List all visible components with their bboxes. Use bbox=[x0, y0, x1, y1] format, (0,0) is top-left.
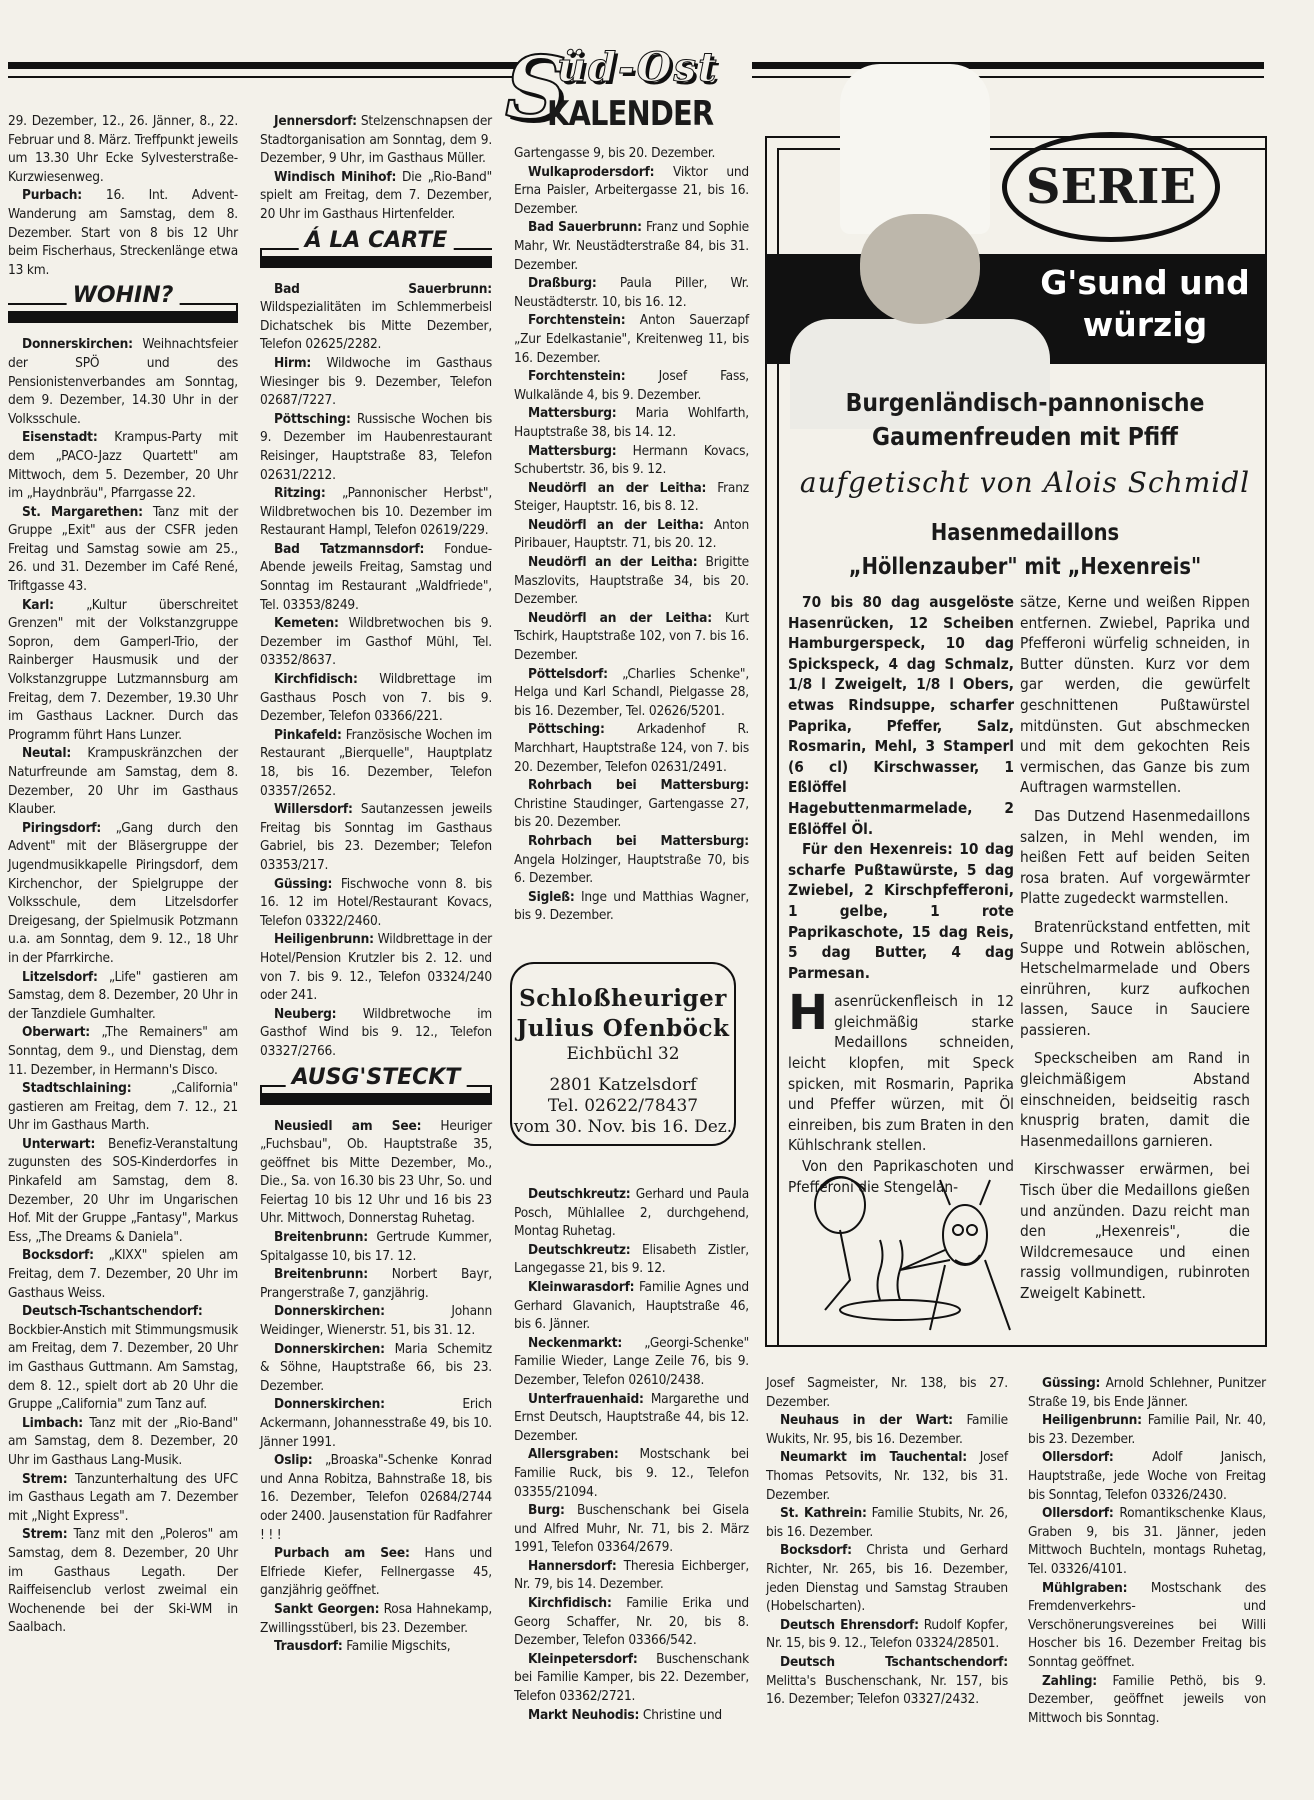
serie-stamp: SERIE bbox=[1002, 132, 1220, 242]
listing-place: Deutsch Ehrensdorf: bbox=[780, 1617, 919, 1633]
listing-place: Sigleß: bbox=[528, 889, 575, 905]
listing-place: Rohrbach bei Mattersburg: bbox=[528, 777, 749, 793]
listing-entry: Piringsdorf: „Gang durch den Advent" mit… bbox=[8, 819, 238, 968]
listing-entry: Kirchfidisch: Familie Erika und Georg Sc… bbox=[514, 1594, 749, 1650]
section-title-ausgsteckt: AUSG'STECKT bbox=[286, 1069, 467, 1088]
listing-entry: Bocksdorf: „KIXX" spielen am Freitag, de… bbox=[8, 1246, 238, 1302]
listing-place: Piringsdorf: bbox=[22, 820, 101, 836]
listing-place: Deutsch-Tschantschendorf: bbox=[22, 1303, 203, 1319]
listing-place: Pöttelsdorf: bbox=[528, 666, 608, 682]
serie-title: Burgenländisch-pannonische Gaumenfreuden… bbox=[818, 386, 1232, 454]
listing-entry: Rohrbach bei Mattersburg: Angela Holzing… bbox=[514, 832, 749, 888]
listing-entry: Neudörfl an der Leitha: Anton Piribauer,… bbox=[514, 516, 749, 553]
listing-entry: Sankt Georgen: Rosa Hahnekamp, Zwillings… bbox=[260, 1600, 492, 1637]
listing-text: Familie Migschits, bbox=[346, 1638, 450, 1654]
listing-place: Güssing: bbox=[274, 876, 332, 892]
listing-entry: Limbach: Tanz mit der „Rio-Band" am Sams… bbox=[8, 1414, 238, 1470]
listing-entry: Litzelsdorf: „Life" gastieren am Samstag… bbox=[8, 968, 238, 1024]
column-2: Jennersdorf: Stelzenschnapsen der Stadto… bbox=[260, 112, 492, 1656]
listing-entry: Donnerskirchen: Maria Schemitz & Söhne, … bbox=[260, 1340, 492, 1396]
listing-place: Neuberg: bbox=[274, 1006, 336, 1022]
listing-place: Donnerskirchen: bbox=[274, 1303, 385, 1319]
listing-place: Donnerskirchen: bbox=[22, 336, 133, 352]
listing-entry: Strem: Tanz mit den „Poleros" am Samstag… bbox=[8, 1525, 238, 1637]
recipe-step-4: Bratenrückstand entfetten, mit Suppe und… bbox=[1020, 917, 1250, 1041]
listing-place: Allersgraben: bbox=[528, 1446, 619, 1462]
listing-place: Pöttsching: bbox=[528, 721, 605, 737]
listing-place: Hirm: bbox=[274, 355, 311, 371]
listing-entry: St. Kathrein: Familie Stubits, Nr. 26, b… bbox=[766, 1504, 1008, 1541]
listing-entry: Donnerskirchen: Johann Weidinger, Wiener… bbox=[260, 1302, 492, 1339]
listing-place: Neuhaus in der Wart: bbox=[780, 1412, 953, 1428]
ad-city: 2801 Katzelsdorf bbox=[512, 1075, 734, 1096]
listing-entry: Oberwart: „The Remainers" am Sonntag, de… bbox=[8, 1023, 238, 1079]
listing-entry: Mühlgraben: Mostschank des Fremdenverkeh… bbox=[1028, 1579, 1266, 1672]
listing-place: Wulkaprodersdorf: bbox=[528, 164, 654, 180]
listing-entry: Unterfrauenhaid: Margarethe und Ernst De… bbox=[514, 1390, 749, 1446]
listing-place: Trausdorf: bbox=[274, 1638, 343, 1654]
listing-entry: Burg: Buschenschank bei Gisela und Alfre… bbox=[514, 1501, 749, 1557]
column-5: Güssing: Arnold Schlehner, Punitzer Stra… bbox=[1028, 1374, 1266, 1727]
listing-place: Purbach am See: bbox=[274, 1545, 410, 1561]
listing-entry: Heiligenbrunn: Wildbrettage in der Hotel… bbox=[260, 930, 492, 1004]
listing-place: Stadtschlaining: bbox=[22, 1080, 131, 1096]
listing-entry: Kemeten: Wildbretwochen bis 9. Dezember … bbox=[260, 614, 492, 670]
listing-place: Burg: bbox=[528, 1502, 565, 1518]
listing-entry: Rohrbach bei Mattersburg: Christine Stau… bbox=[514, 776, 749, 832]
listing-place: St. Kathrein: bbox=[780, 1505, 867, 1521]
listing-entry: Eisenstadt: Krampus-Party mit dem „PACO-… bbox=[8, 428, 238, 502]
serie-title-line2: Gaumenfreuden mit Pfiff bbox=[818, 420, 1232, 454]
column-3-lower: Deutschkreutz: Gerhard und Paula Posch, … bbox=[514, 1185, 749, 1724]
listing-entry: Güssing: Arnold Schlehner, Punitzer Stra… bbox=[1028, 1374, 1266, 1411]
listing-place: Windisch Minihof: bbox=[274, 169, 396, 185]
serie-title-line1: Burgenländisch-pannonische bbox=[818, 386, 1232, 420]
listing-place: Mühlgraben: bbox=[1042, 1580, 1127, 1596]
listing-entry: Forchtenstein: Anton Sauerzapf „Zur Edel… bbox=[514, 311, 749, 367]
column-4: Josef Sagmeister, Nr. 138, bis 27. Dezem… bbox=[766, 1374, 1008, 1709]
listing-place: Deutschkreutz: bbox=[528, 1242, 630, 1258]
listing-text: Josef Sagmeister, Nr. 138, bis 27. Dezem… bbox=[766, 1375, 1008, 1410]
listing-place: Forchtenstein: bbox=[528, 368, 625, 384]
listing-entry: Jennersdorf: Stelzenschnapsen der Stadto… bbox=[260, 112, 492, 168]
listing-place: Oslip: bbox=[274, 1452, 313, 1468]
a-la-carte-list: Bad Sauerbrunn: Wildspezialitäten im Sch… bbox=[260, 280, 492, 1061]
listing-place: Rohrbach bei Mattersburg: bbox=[528, 833, 749, 849]
listing-place: Limbach: bbox=[22, 1415, 83, 1431]
listing-entry: Bad Sauerbrunn: Wildspezialitäten im Sch… bbox=[260, 280, 492, 354]
listing-entry: St. Margarethen: Tanz mit der Gruppe „Ex… bbox=[8, 503, 238, 596]
column-3: Gartengasse 9, bis 20. Dezember. Wulkapr… bbox=[514, 144, 749, 925]
masthead-title-bottom: KALENDER bbox=[547, 94, 713, 134]
listing-place: Draßburg: bbox=[528, 275, 597, 291]
listing-place: Bad Sauerbrunn: bbox=[274, 281, 492, 297]
section-header-a-la-carte: Á LA CARTE bbox=[260, 234, 492, 268]
listing-text: Bockbier-Anstich mit Stimmungsmusik am F… bbox=[8, 1322, 238, 1412]
listing-entry: Heiligenbrunn: Familie Pail, Nr. 40, bis… bbox=[1028, 1411, 1266, 1448]
listing-place: Forchtenstein: bbox=[528, 312, 625, 328]
listing-entry: Bocksdorf: Christa und Gerhard Richter, … bbox=[766, 1541, 1008, 1615]
listing-place: Jennersdorf: bbox=[274, 113, 357, 129]
recipe-column-right: sätze, Kerne und weißen Rippen entfernen… bbox=[1020, 592, 1250, 1304]
chef-face bbox=[860, 214, 980, 324]
listing-place: Ollersdorf: bbox=[1042, 1449, 1114, 1465]
recipe-step-2-cont: sätze, Kerne und weißen Rippen entfernen… bbox=[1020, 592, 1250, 798]
listing-entry: Mattersburg: Hermann Kovacs, Schubertstr… bbox=[514, 442, 749, 479]
listing-entry: Kleinwarasdorf: Familie Agnes und Gerhar… bbox=[514, 1278, 749, 1334]
listing-place: Kirchfidisch: bbox=[528, 1595, 612, 1611]
listing-entry: Neudörfl an der Leitha: Franz Steiger, H… bbox=[514, 479, 749, 516]
listing-entry: Purbach am See: Hans und Elfriede Kiefer… bbox=[260, 1544, 492, 1600]
recipe-step-1: Hasenrückenfleisch in 12 gleichmäßig sta… bbox=[788, 991, 1014, 1156]
listing-entry: Unterwart: Benefiz-Veranstaltung zugunst… bbox=[8, 1135, 238, 1247]
listing-entry: Pöttsching: Russische Wochen bis 9. Deze… bbox=[260, 410, 492, 484]
ausgsteckt-list: Neusiedl am See: Heuriger „Fuchsbau", Ob… bbox=[260, 1117, 492, 1656]
dish-title: Hasenmedaillons „Höllenzauber" mit „Hexe… bbox=[825, 516, 1225, 584]
listing-place: Markt Neuhodis: bbox=[528, 1707, 639, 1723]
ad-name-line2: Julius Ofenböck bbox=[512, 1014, 734, 1044]
listing-entry: Deutschkreutz: Gerhard und Paula Posch, … bbox=[514, 1185, 749, 1241]
listing-entry: Donnerskirchen: Erich Ackermann, Johanne… bbox=[260, 1395, 492, 1451]
listing-entry: Güssing: Fischwoche vonn 8. bis 16. 12 i… bbox=[260, 875, 492, 931]
listing-entry: Zahling: Familie Pethö, bis 9. Dezember,… bbox=[1028, 1672, 1266, 1728]
listing-place: Heiligenbrunn: bbox=[1042, 1412, 1142, 1428]
listing-place: Kemeten: bbox=[274, 615, 339, 631]
listing-place: Oberwart: bbox=[22, 1024, 90, 1040]
listing-entry: Kirchfidisch: Wildbrettage im Gasthaus P… bbox=[260, 670, 492, 726]
listing-entry: Strem: Tanzunterhaltung des UFC im Gasth… bbox=[8, 1470, 238, 1526]
listing-place: Unterfrauenhaid: bbox=[528, 1391, 644, 1407]
header-rule-left-thin bbox=[8, 76, 523, 78]
listing-text: „Kultur überschreitet Grenzen" mit der V… bbox=[8, 597, 238, 743]
listing-text: Christine Staudinger, Gartengasse 27, bi… bbox=[514, 796, 749, 831]
ad-phone: Tel. 02622/78437 bbox=[512, 1096, 734, 1117]
listing-place: Bocksdorf: bbox=[22, 1247, 94, 1263]
listing-place: Neckenmarkt: bbox=[528, 1335, 622, 1351]
listing-text: Angela Holzinger, Hauptstraße 70, bis 6.… bbox=[514, 852, 749, 887]
listing-place: Güssing: bbox=[1042, 1375, 1100, 1391]
listing-entry: Deutsch-Tschantschendorf: Bockbier-Ansti… bbox=[8, 1302, 238, 1414]
dish-title-line1: Hasenmedaillons bbox=[825, 516, 1225, 550]
col1-intro: 29. Dezember, 12., 26. Jänner, 8., 22. F… bbox=[8, 112, 238, 186]
witch-devil-cartoon-illustration bbox=[780, 1160, 1020, 1340]
ad-dates: vom 30. Nov. bis 16. Dez. bbox=[512, 1117, 734, 1138]
listing-text: „Gang durch den Advent" mit der Bläsergr… bbox=[8, 820, 238, 966]
listing-entry: Neudörfl an der Leitha: Kurt Tschirk, Ha… bbox=[514, 609, 749, 665]
listing-entry: Donnerskirchen: Weihnachtsfeier der SPÖ … bbox=[8, 335, 238, 428]
listing-entry: Deutsch Tschantschendorf: Melitta's Busc… bbox=[766, 1653, 1008, 1709]
col5-list: Güssing: Arnold Schlehner, Punitzer Stra… bbox=[1028, 1374, 1266, 1727]
listing-entry: Pinkafeld: Französische Wochen im Restau… bbox=[260, 726, 492, 800]
header-rule-left bbox=[8, 62, 523, 69]
listing-place: Neumarkt im Tauchental: bbox=[780, 1449, 967, 1465]
listing-entry: Purbach: 16. Int. Advent-Wanderung am Sa… bbox=[8, 186, 238, 279]
listing-place: St. Margarethen: bbox=[22, 504, 143, 520]
listing-entry: Allersgraben: Mostschank bei Familie Ruc… bbox=[514, 1445, 749, 1501]
listing-entry: Neutal: Krampuskränzchen der Naturfreund… bbox=[8, 744, 238, 818]
listing-place: Unterwart: bbox=[22, 1136, 95, 1152]
listing-place: Neutal: bbox=[22, 745, 71, 761]
listing-place: Zahling: bbox=[1042, 1673, 1097, 1689]
listing-place: Neudörfl an der Leitha: bbox=[528, 554, 697, 570]
listing-entry: Ollersdorf: Romantikschenke Klaus, Grabe… bbox=[1028, 1504, 1266, 1578]
listing-entry: Neumarkt im Tauchental: Josef Thomas Pet… bbox=[766, 1448, 1008, 1504]
listing-entry: Oslip: „Broaska"-Schenke Konrad und Anna… bbox=[260, 1451, 492, 1544]
listing-entry: Windisch Minihof: Die „Rio-Band" spielt … bbox=[260, 168, 492, 224]
listing-place: Deutschkreutz: bbox=[528, 1186, 630, 1202]
listing-entry: Stadtschlaining: „California" gastieren … bbox=[8, 1079, 238, 1135]
listing-entry: Josef Sagmeister, Nr. 138, bis 27. Dezem… bbox=[766, 1374, 1008, 1411]
advertisement-schlossheuriger: Schloßheuriger Julius Ofenböck Eichbüchl… bbox=[510, 962, 736, 1146]
listing-entry: Forchtenstein: Josef Fass, Wulkalände 4,… bbox=[514, 367, 749, 404]
listing-place: Neusiedl am See: bbox=[274, 1118, 421, 1134]
listing-place: Litzelsdorf: bbox=[22, 969, 98, 985]
listing-place: Hannersdorf: bbox=[528, 1558, 617, 1574]
listing-entry: Pöttsching: Arkadenhof R. Marchhart, Hau… bbox=[514, 720, 749, 776]
listing-place: Kleinwarasdorf: bbox=[528, 1279, 634, 1295]
listing-text: Benefiz-Veranstaltung zugunsten des SOS-… bbox=[8, 1136, 238, 1245]
chef-hat bbox=[840, 64, 990, 234]
col2-pre-list: Jennersdorf: Stelzenschnapsen der Stadto… bbox=[260, 112, 492, 224]
listing-entry: Hirm: Wildwoche im Gasthaus Wiesinger bi… bbox=[260, 354, 492, 410]
section-header-ausgsteckt: AUSG'STECKT bbox=[260, 1071, 492, 1105]
wohin-list: Donnerskirchen: Weihnachtsfeier der SPÖ … bbox=[8, 335, 238, 1637]
col4-list: Josef Sagmeister, Nr. 138, bis 27. Dezem… bbox=[766, 1374, 1008, 1709]
listing-place: Strem: bbox=[22, 1471, 67, 1487]
listing-place: Breitenbrunn: bbox=[274, 1229, 368, 1245]
ad-name-line1: Schloßheuriger bbox=[512, 984, 734, 1014]
listing-entry: Neckenmarkt: „Georgi-Schenke" Familie Wi… bbox=[514, 1334, 749, 1390]
listing-entry: Draßburg: Paula Piller, Wr. Neustädterst… bbox=[514, 274, 749, 311]
listing-text: Wildspezialitäten im Schlemmerbeisl Dich… bbox=[260, 299, 492, 352]
listing-entry: Deutsch Ehrensdorf: Rudolf Kopfer, Nr. 1… bbox=[766, 1616, 1008, 1653]
listing-entry: Breitenbrunn: Gertrude Kummer, Spitalgas… bbox=[260, 1228, 492, 1265]
listing-entry: Ritzing: „Pannonischer Herbst", Wildbret… bbox=[260, 484, 492, 540]
chef-photo bbox=[840, 64, 1010, 364]
section-title-wohin: WOHIN? bbox=[67, 287, 180, 306]
listing-place: Heiligenbrunn: bbox=[274, 931, 374, 947]
listing-place: Donnerskirchen: bbox=[274, 1396, 385, 1412]
listing-place: Willersdorf: bbox=[274, 801, 353, 817]
listing-text: Christine und bbox=[643, 1707, 722, 1723]
listing-place: Ollersdorf: bbox=[1042, 1505, 1114, 1521]
listing-place: Kirchfidisch: bbox=[274, 671, 358, 687]
listing-place: Eisenstadt: bbox=[22, 429, 98, 445]
masthead-title-top: üd-Ost bbox=[557, 44, 719, 91]
serie-banner-text: G'sund und würzig bbox=[1040, 262, 1250, 346]
listing-entry: Markt Neuhodis: Christine und bbox=[514, 1706, 749, 1725]
listing-entry: Sigleß: Inge und Matthias Wagner, bis 9.… bbox=[514, 888, 749, 925]
recipe-column-left: 70 bis 80 dag ausgelöste Hasenrücken, 12… bbox=[788, 592, 1014, 1197]
listing-entry: Deutschkreutz: Elisabeth Zistler, Langeg… bbox=[514, 1241, 749, 1278]
listing-entry: Trausdorf: Familie Migschits, bbox=[260, 1637, 492, 1656]
col3-lower-list: Deutschkreutz: Gerhard und Paula Posch, … bbox=[514, 1185, 749, 1724]
listing-entry: Willersdorf: Sautanzessen jeweils Freita… bbox=[260, 800, 492, 874]
listing-place: Kleinpetersdorf: bbox=[528, 1651, 638, 1667]
listing-entry: Bad Tatzmannsdorf: Fondue-Abende jeweils… bbox=[260, 540, 492, 614]
listing-entry: Bad Sauerbrunn: Franz und Sophie Mahr, W… bbox=[514, 218, 749, 274]
recipe-hexenreis-ingredients: Für den Hexenreis: 10 dag scharfe Pußtaw… bbox=[788, 839, 1014, 983]
listing-entry: Neusiedl am See: Heuriger „Fuchsbau", Ob… bbox=[260, 1117, 492, 1229]
listing-place: Bocksdorf: bbox=[780, 1542, 852, 1558]
recipe-step-6: Kirschwasser erwärmen, bei Tisch über di… bbox=[1020, 1159, 1250, 1303]
listing-entry: Kleinpetersdorf: Buschenschank bei Famil… bbox=[514, 1650, 749, 1706]
listing-entry: Wulkaprodersdorf: Viktor und Erna Paisle… bbox=[514, 163, 749, 219]
listing-place: Breitenbrunn: bbox=[274, 1266, 368, 1282]
listing-place: Mattersburg: bbox=[528, 405, 616, 421]
listing-text: Melitta's Buschenschank, Nr. 157, bis 16… bbox=[766, 1673, 1008, 1708]
listing-place: Bad Tatzmannsdorf: bbox=[274, 541, 424, 557]
listing-place: Karl: bbox=[22, 597, 54, 613]
recipe-step-5: Speckscheiben am Rand in gleichmäßigem A… bbox=[1020, 1048, 1250, 1151]
masthead: S üd-Ost KALENDER bbox=[505, 44, 735, 134]
listing-place: Donnerskirchen: bbox=[274, 1341, 385, 1357]
listing-entry: Pöttelsdorf: „Charlies Schenke", Helga u… bbox=[514, 665, 749, 721]
recipe-ingredients: 70 bis 80 dag ausgelöste Hasenrücken, 12… bbox=[788, 592, 1014, 839]
dish-title-line2: „Höllenzauber" mit „Hexenreis" bbox=[825, 550, 1225, 584]
listing-place: Mattersburg: bbox=[528, 443, 616, 459]
listing-entry: Hannersdorf: Theresia Eichberger, Nr. 79… bbox=[514, 1557, 749, 1594]
listing-entry: Breitenbrunn: Norbert Bayr, Prangerstraß… bbox=[260, 1265, 492, 1302]
listing-entry: Ollersdorf: Adolf Janisch, Hauptstraße, … bbox=[1028, 1448, 1266, 1504]
listing-place: Bad Sauerbrunn: bbox=[528, 219, 642, 235]
listing-place: Sankt Georgen: bbox=[274, 1601, 379, 1617]
serie-author: aufgetischt von Alois Schmidl bbox=[790, 466, 1260, 499]
col3-list: Wulkaprodersdorf: Viktor und Erna Paisle… bbox=[514, 163, 749, 925]
ad-street: Eichbüchl 32 bbox=[512, 1044, 734, 1065]
listing-entry: Neuhaus in der Wart: Familie Wukits, Nr.… bbox=[766, 1411, 1008, 1448]
listing-place: Strem: bbox=[22, 1526, 67, 1542]
col3-continuation: Gartengasse 9, bis 20. Dezember. bbox=[514, 144, 749, 163]
listing-place: Deutsch Tschantschendorf: bbox=[780, 1654, 1008, 1670]
section-header-wohin: WOHIN? bbox=[8, 289, 238, 323]
recipe-step-3: Das Dutzend Hasenmedaillons salzen, in M… bbox=[1020, 806, 1250, 909]
listing-place: Neudörfl an der Leitha: bbox=[528, 480, 706, 496]
column-1: 29. Dezember, 12., 26. Jänner, 8., 22. F… bbox=[8, 112, 238, 1637]
listing-place: Pöttsching: bbox=[274, 411, 351, 427]
section-title-a-la-carte: Á LA CARTE bbox=[299, 232, 454, 251]
listing-entry: Karl: „Kultur überschreitet Grenzen" mit… bbox=[8, 596, 238, 745]
listing-entry: Neuberg: Wildbretwoche im Gasthof Wind b… bbox=[260, 1005, 492, 1061]
listing-place: Neudörfl an der Leitha: bbox=[528, 610, 712, 626]
listing-entry: Neudörfl an der Leitha: Brigitte Maszlov… bbox=[514, 553, 749, 609]
dropcap: H bbox=[788, 993, 828, 1033]
listing-place: Pinkafeld: bbox=[274, 727, 342, 743]
listing-place: Ritzing: bbox=[274, 485, 326, 501]
listing-text: Tanz mit den „Poleros" am Samstag, dem 8… bbox=[8, 1526, 238, 1635]
listing-entry: Mattersburg: Maria Wohlfarth, Hauptstraß… bbox=[514, 404, 749, 441]
listing-place: Neudörfl an der Leitha: bbox=[528, 517, 704, 533]
